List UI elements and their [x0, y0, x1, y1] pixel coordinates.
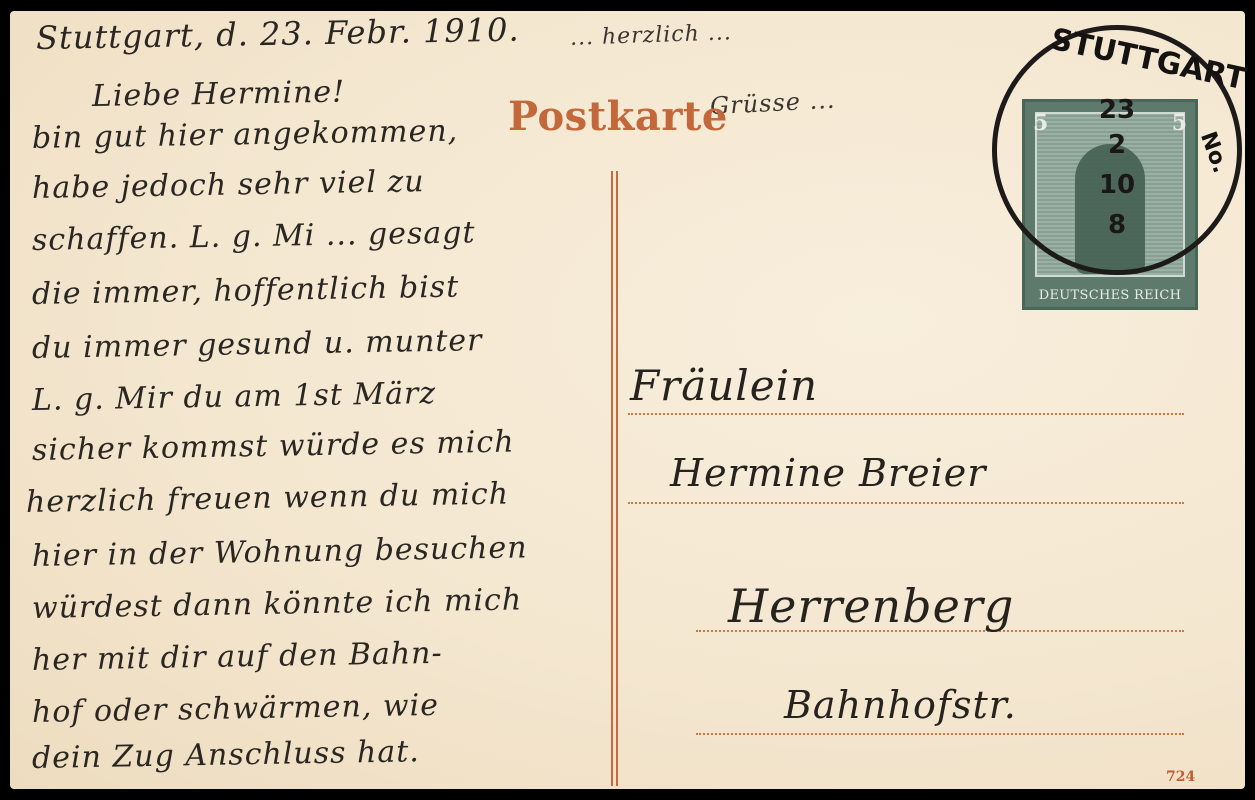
postmark-day: 23 — [1092, 95, 1142, 125]
address-name: Hermine Breier — [670, 451, 986, 495]
message-line: herzlich freuen wenn du mich — [26, 477, 510, 520]
address-city: Herrenberg — [728, 579, 1014, 633]
postcard: Stuttgart, d. 23. Febr. 1910. ... herzli… — [10, 11, 1245, 789]
postmark-time: 8 — [1092, 210, 1142, 240]
message-line: L. g. Mir du am 1st März — [32, 376, 437, 418]
postmark: STUTTGART No. 23 2 10 8 — [992, 25, 1242, 275]
top-note: ... herzlich ... — [570, 20, 733, 51]
message-line: hier in der Wohnung besuchen — [32, 530, 528, 574]
message-line: du immer gesund u. munter — [32, 323, 483, 366]
address-street: Bahnhofstr. — [784, 683, 1017, 727]
message-line: bin gut hier angekommen, — [32, 114, 459, 156]
postmark-city: STUTTGART — [1048, 22, 1249, 97]
center-divider — [616, 171, 618, 786]
stamp-label: DEUTSCHES REICH — [1025, 288, 1195, 303]
dateline: Stuttgart, d. 23. Febr. 1910. — [36, 11, 520, 57]
print-number: 724 — [1166, 769, 1195, 785]
address-salutation: Fräulein — [630, 361, 818, 410]
address-line — [628, 502, 1184, 504]
message-line: habe jedoch sehr viel zu — [32, 164, 425, 206]
message-line: schaffen. L. g. Mi ... gesagt — [32, 215, 476, 258]
address-line — [696, 733, 1184, 735]
postmark-year: 10 — [1092, 170, 1142, 200]
top-note-greeting: Grüsse ... — [709, 86, 836, 121]
message-line: her mit dir auf den Bahn- — [32, 636, 443, 678]
center-divider — [611, 171, 613, 786]
address-line — [628, 413, 1184, 415]
message-line: die immer, hoffentlich bist — [32, 270, 460, 312]
message-line: dein Zug Anschluss hat. — [32, 734, 420, 776]
message-line: hof oder schwärmen, wie — [32, 688, 440, 730]
postmark-month: 2 — [1092, 130, 1142, 160]
postkarte-title: Postkarte — [508, 93, 728, 140]
postmark-suffix: No. — [1195, 129, 1233, 177]
message-line: sicher kommst würde es mich — [32, 425, 515, 468]
message-line: Liebe Hermine! — [92, 75, 346, 114]
message-line: würdest dann könnte ich mich — [32, 582, 523, 626]
